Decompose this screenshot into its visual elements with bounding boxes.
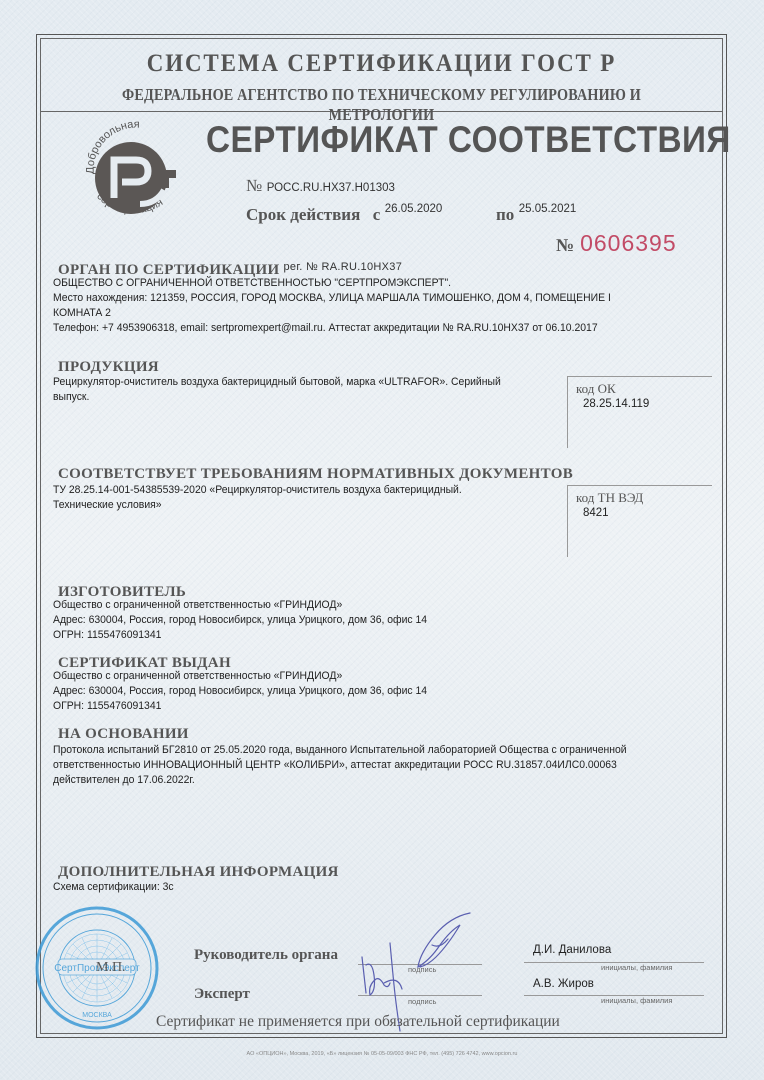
basis-line: Протокола испытаний БГ2810 от 25.05.2020… (53, 743, 723, 758)
issued-to-details: Общество с ограниченной ответственностью… (53, 669, 537, 714)
conformity-details: ТУ 28.25.14-001-54385539-2020 «Рециркуля… (53, 483, 574, 513)
head-label: Руководитель органа (194, 947, 338, 964)
head-name: Д.И. Данилова (533, 944, 611, 956)
certificate-number: № РОСС.RU.НХ37.Н01303 (246, 176, 395, 196)
ok-code-label: код ОК (576, 381, 616, 397)
ok-code-value: 28.25.14.119 (583, 398, 649, 410)
certification-scheme: Схема сертификации: 3с (53, 880, 425, 895)
issued-to-line: ОГРН: 1155476091341 (53, 699, 537, 714)
to-label: по (496, 205, 514, 224)
certificate-title: СЕРТИФИКАТ СООТВЕТСТВИЯ (206, 119, 731, 161)
tnved-code-label: код ТН ВЭД (576, 490, 643, 506)
ok-code-box: код ОК 28.25.14.119 (567, 376, 712, 448)
serial-sign: № (556, 235, 574, 255)
serial-number: №0606395 (556, 230, 677, 257)
validity-to: по 25.05.2021 (496, 205, 576, 225)
serial-value: 0606395 (580, 230, 677, 256)
product-line: выпуск. (53, 390, 574, 405)
conformity-line: ТУ 28.25.14-001-54385539-2020 «Рециркуля… (53, 483, 574, 498)
tnved-code-box: код ТН ВЭД 8421 (567, 485, 712, 557)
from-label: с (373, 205, 381, 224)
product-heading: ПРОДУКЦИЯ (58, 359, 159, 376)
certification-body-details: ОБЩЕСТВО С ОГРАНИЧЕННОЙ ОТВЕТСТВЕННОСТЬЮ… (53, 276, 723, 336)
valid-to-date: 25.05.2021 (519, 203, 577, 215)
certificate-number-value: РОСС.RU.НХ37.Н01303 (267, 182, 395, 194)
printer-imprint: АО «ОПЦИОН», Москва, 2019, «Б» лицензия … (0, 1051, 764, 1057)
body-line: Телефон: +7 4953906318, email: sertprome… (53, 321, 723, 336)
product-line: Рециркулятор-очиститель воздуха бактериц… (53, 375, 574, 390)
valid-from-date: 26.05.2020 (385, 203, 443, 215)
conformity-line: Технические условия» (53, 498, 574, 513)
body-line: Место нахождения: 121359, РОССИЯ, ГОРОД … (53, 291, 723, 306)
additional-heading: ДОПОЛНИТЕЛЬНАЯ ИНФОРМАЦИЯ (58, 864, 339, 881)
system-title: СИСТЕМА СЕРТИФИКАЦИИ ГОСТ Р (67, 50, 695, 78)
disclaimer: Сертификат не применяется при обязательн… (156, 1013, 560, 1031)
body-line: ОБЩЕСТВО С ОГРАНИЧЕННОЙ ОТВЕТСТВЕННОСТЬЮ… (53, 276, 723, 291)
tnved-code-value: 8421 (583, 507, 609, 519)
manufacturer-details: Общество с ограниченной ответственностью… (53, 598, 537, 643)
header-band: СИСТЕМА СЕРТИФИКАЦИИ ГОСТ Р ФЕДЕРАЛЬНОЕ … (40, 38, 723, 112)
basis-details: Протокола испытаний БГ2810 от 25.05.2020… (53, 743, 723, 788)
expert-label: Эксперт (194, 986, 250, 1003)
basis-heading: НА ОСНОВАНИИ (58, 726, 189, 743)
number-sign: № (246, 176, 262, 195)
manufacturer-line: Адрес: 630004, Россия, город Новосибирск… (53, 613, 537, 628)
validity-from: Срок действия с 26.05.2020 (246, 205, 442, 225)
manufacturer-line: ОГРН: 1155476091341 (53, 628, 537, 643)
additional-details: Схема сертификации: 3с (53, 880, 425, 895)
stamp-label: М.П. (96, 960, 126, 976)
issued-to-line: Адрес: 630004, Россия, город Новосибирск… (53, 684, 537, 699)
reg-number: рег. № RA.RU.10НХ37 (284, 261, 403, 273)
body-line: КОМНАТА 2 (53, 306, 723, 321)
basis-line: действителен до 17.06.2022г. (53, 773, 723, 788)
head-name-caption: инициалы, фамилия (601, 963, 672, 972)
rst-logo-icon: Добровольная сертификация (82, 118, 188, 228)
issued-to-line: Общество с ограниченной ответственностью… (53, 669, 537, 684)
basis-line: ответственностью ИННОВАЦИОННЫЙ ЦЕНТР «КО… (53, 758, 723, 773)
expert-name-caption: инициалы, фамилия (601, 996, 672, 1005)
manufacturer-line: Общество с ограниченной ответственностью… (53, 598, 537, 613)
expert-name: А.В. Жиров (533, 978, 594, 990)
svg-text:МОСКВА: МОСКВА (82, 1012, 112, 1019)
conformity-heading: СООТВЕТСТВУЕТ ТРЕБОВАНИЯМ НОРМАТИВНЫХ ДО… (58, 466, 573, 483)
product-description: Рециркулятор-очиститель воздуха бактериц… (53, 375, 574, 405)
validity-label: Срок действия (246, 205, 360, 224)
